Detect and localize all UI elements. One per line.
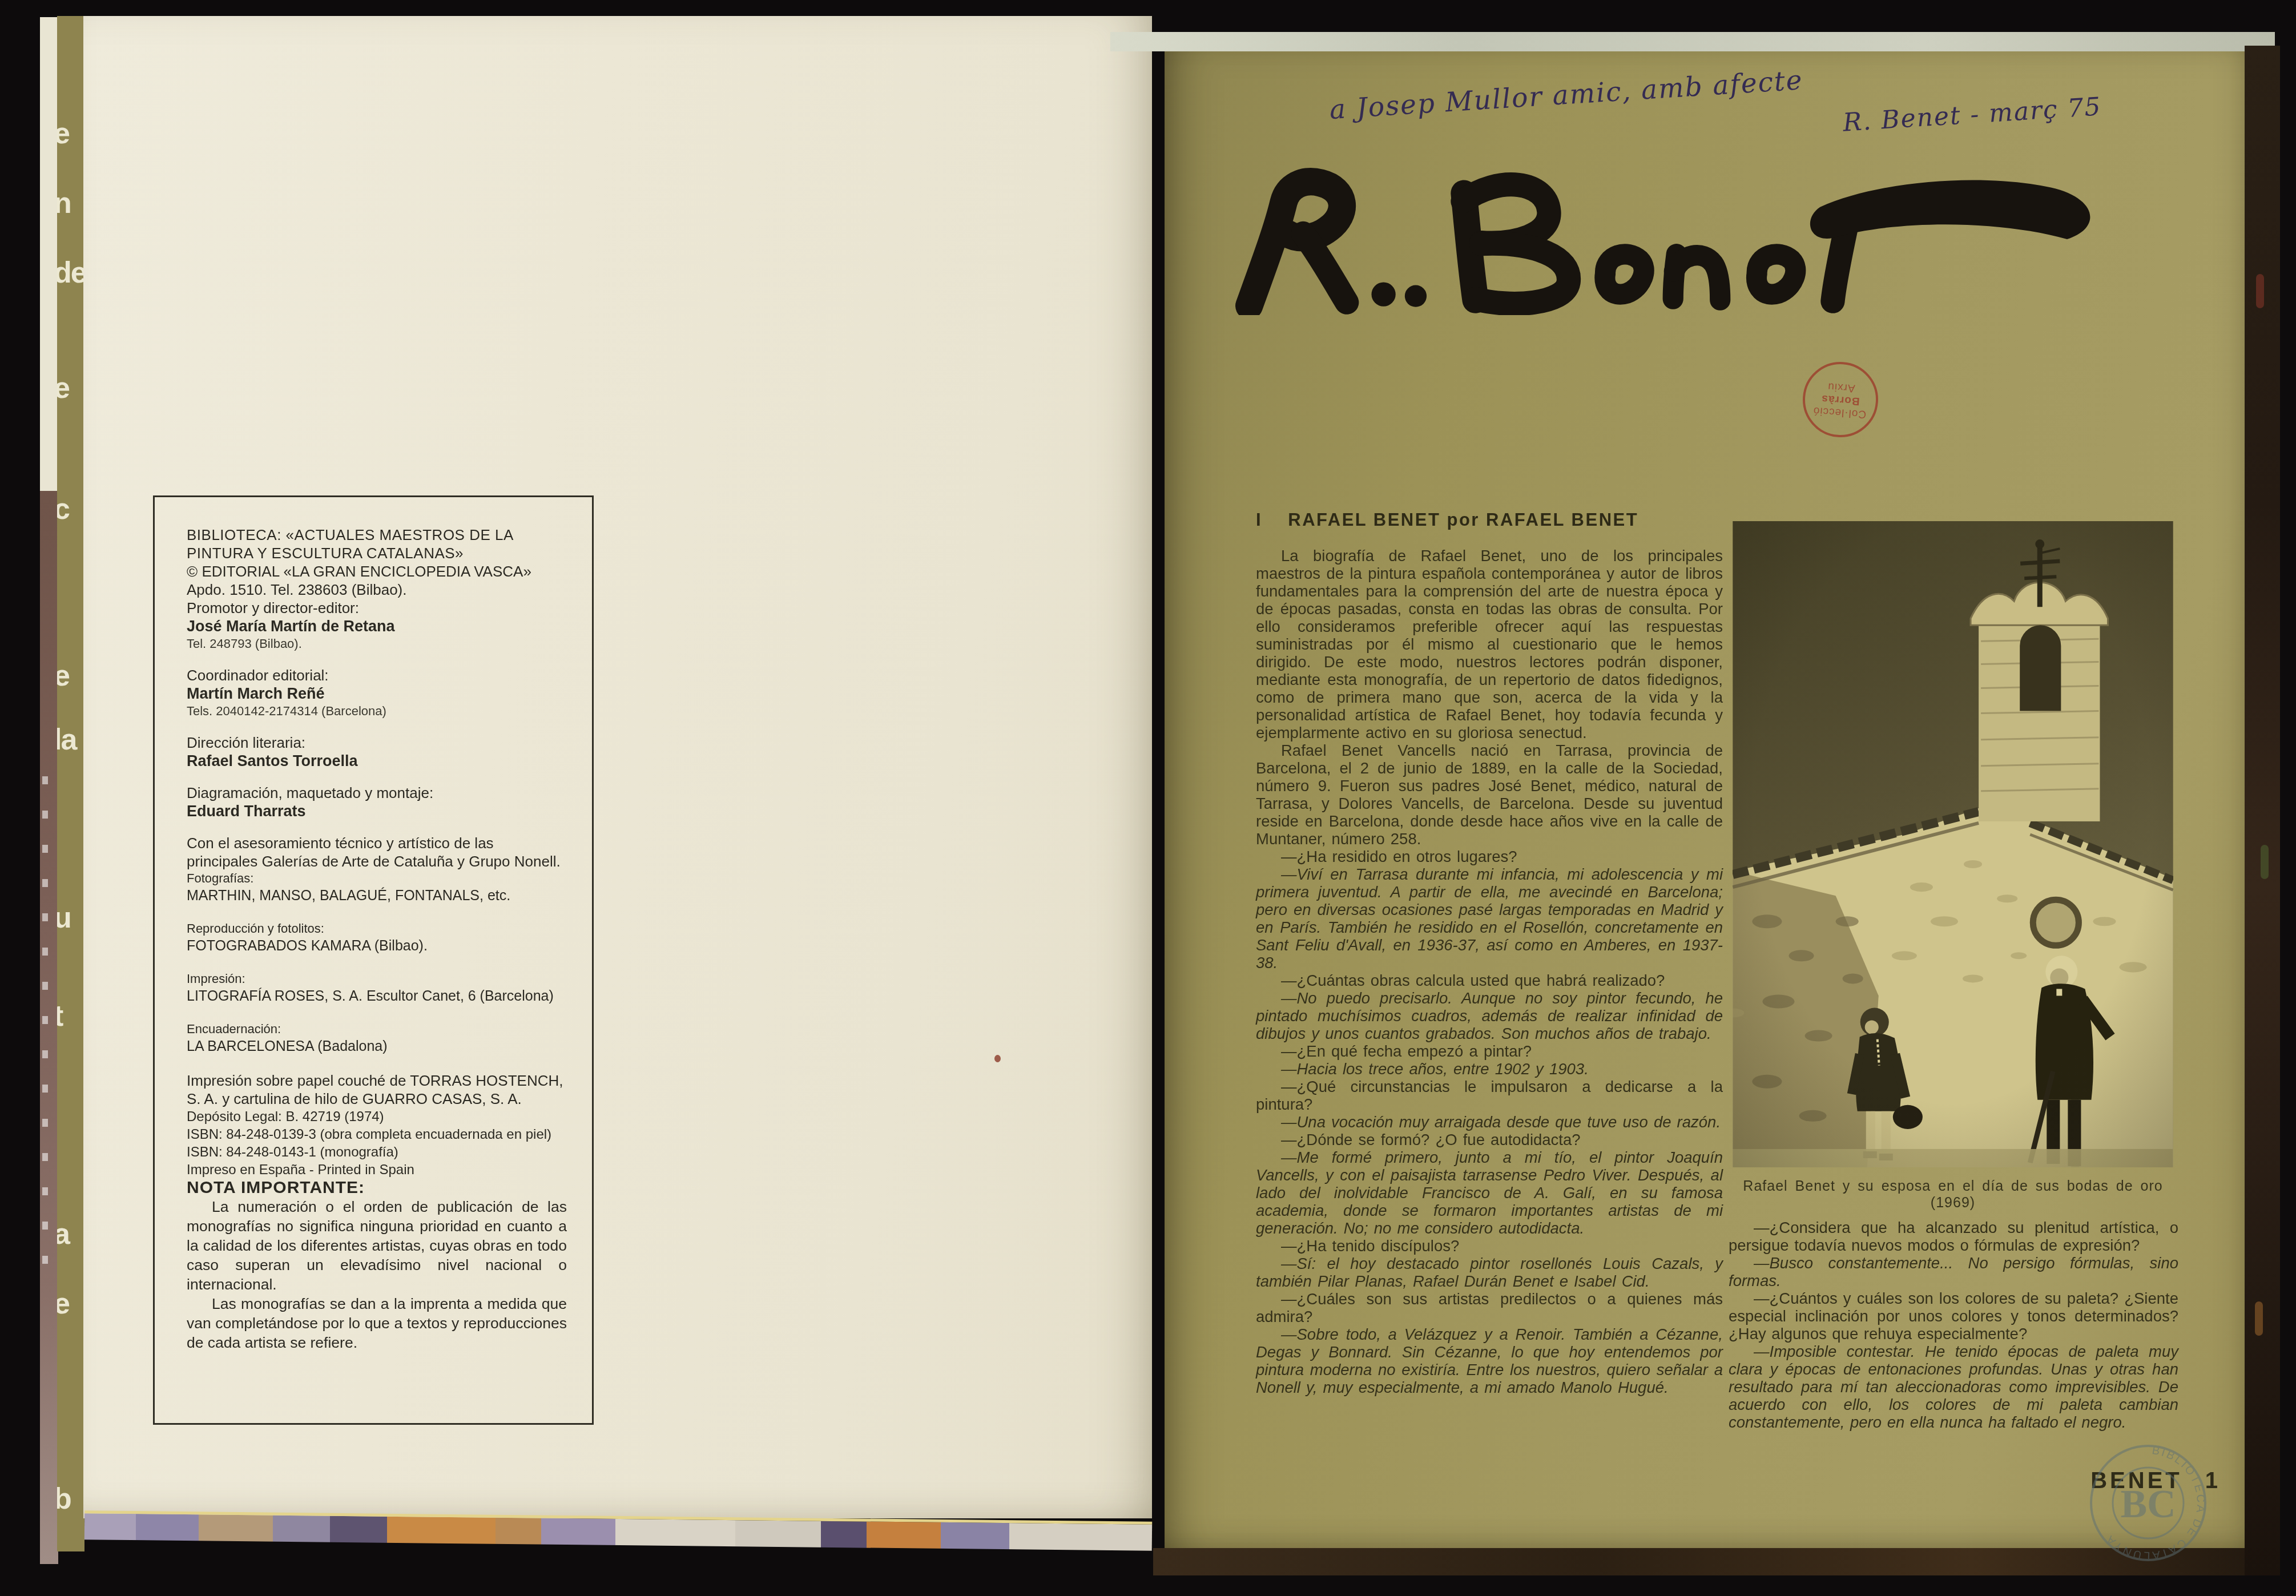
credit-role: Diagramación, maquetado y montaje: Eduar…	[187, 784, 567, 820]
credit-block: Fotografías: MARTHIN, MANSO, BALAGUÉ, FO…	[187, 870, 567, 905]
credit-label: Impresión:	[187, 971, 567, 987]
cover-spine-letters: e n de e c e la u t a e b	[57, 16, 84, 1551]
credit-label: Encuadernación:	[187, 1021, 567, 1037]
role-name: Eduard Tharrats	[187, 802, 567, 820]
spine-letter: n	[57, 188, 84, 218]
answer: —Sobre todo, a Velázquez y a Renoir. Tam…	[1256, 1325, 1723, 1396]
question: —¿Cuántas obras calcula usted que habrá …	[1256, 972, 1723, 989]
paper-note: Impresión sobre papel couché de TORRAS H…	[187, 1071, 563, 1108]
credit-role: Dirección literaria: Rafael Santos Torro…	[187, 733, 567, 770]
fore-edge-bottom-right	[1153, 1548, 2245, 1575]
spine-letter: de	[57, 258, 84, 288]
book-spread-scan: e n de e c e la u t a e b BIBLIOTECA: «A…	[0, 0, 2296, 1596]
credit-label: Reproducción y fotolitos:	[187, 921, 567, 937]
credit-value: LA BARCELONESA (Badalona)	[187, 1037, 567, 1055]
credit-value: FOTOGRABADOS KAMARA (Bilbao).	[187, 937, 567, 955]
spine-letter: e	[57, 1289, 84, 1319]
role-label: Coordinador editorial:	[187, 666, 567, 684]
stamp-line: Arxiu	[1827, 380, 1856, 394]
question: —¿Cuántos y cuáles son los colores de su…	[1729, 1289, 2178, 1343]
spine-letter: u	[57, 903, 84, 933]
legal-block: Depósito Legal: B. 42719 (1974) ISBN: 84…	[187, 1108, 567, 1179]
interview-column-2: —¿Considera que ha alcanzado su plenitud…	[1729, 1219, 2178, 1431]
important-note-title: NOTA IMPORTANTE:	[187, 1179, 567, 1197]
chapter-number: I	[1256, 510, 1262, 530]
question: —¿Ha tenido discípulos?	[1256, 1237, 1723, 1255]
spine-letter: c	[57, 494, 84, 524]
role-label: Diagramación, maquetado y montaje:	[187, 784, 567, 802]
answer: —Busco constantemente... No persigo fórm…	[1729, 1254, 2178, 1289]
role-name: José María Martín de Retana	[187, 617, 567, 635]
answer: —Me formé primero, junto a mi tío, el pi…	[1256, 1148, 1723, 1237]
chapter-title: RAFAEL BENET por RAFAEL BENET	[1288, 510, 1638, 530]
spine-letter: la	[57, 725, 84, 755]
question: —¿Dónde se formó? ¿O fue autodidacta?	[1256, 1131, 1723, 1148]
question: —¿Ha residido en otros lugares?	[1256, 848, 1723, 865]
benet-brush-signature-image	[1233, 155, 2164, 315]
publisher-address: Apdo. 1510. Tel. 238603 (Bilbao).	[187, 581, 567, 599]
fore-edge-right	[2245, 46, 2280, 1575]
advisory-note: Con el asesoramiento técnico y artístico…	[187, 834, 563, 870]
wedding-anniversary-photo	[1733, 521, 2173, 1167]
ink-speck	[994, 1055, 1001, 1062]
paragraph: Rafael Benet Vancells nació en Tarrasa, …	[1256, 741, 1723, 848]
library-stamp: BIBLIOTECA DE CATALUNYA BC	[2082, 1437, 2214, 1569]
credit-role: Coordinador editorial: Martín March Reñé…	[187, 666, 567, 720]
library-stamp-monogram: BC	[2120, 1482, 2176, 1526]
credit-label: Fotografías:	[187, 870, 567, 886]
copyright-line: © EDITORIAL «LA GRAN ENCICLOPEDIA VASCA»	[187, 562, 567, 581]
spine-letter: e	[57, 119, 84, 148]
answer: —Viví en Tarrasa durante mi infancia, mi…	[1256, 865, 1723, 972]
isbn-complete: ISBN: 84-248-0139-3 (obra completa encua…	[187, 1126, 567, 1143]
credit-role: Promotor y director-editor: José María M…	[187, 599, 567, 652]
question: —¿Qué circunstancias le impulsaron a ded…	[1256, 1078, 1723, 1113]
photo-caption: Rafael Benet y su esposa en el día de su…	[1729, 1178, 2177, 1211]
spine-letter: t	[57, 1001, 84, 1031]
note-paragraph: Las monografías se dan a la imprenta a m…	[187, 1294, 567, 1352]
answer: —Una vocación muy arraigada desde que tu…	[1256, 1113, 1723, 1131]
role-label: Promotor y director-editor:	[187, 599, 567, 617]
printed-in-spain: Impreso en España - Printed in Spain	[187, 1161, 567, 1179]
credit-value: LITOGRAFÍA ROSES, S. A. Escultor Canet, …	[187, 987, 567, 1005]
deposito-legal: Depósito Legal: B. 42719 (1974)	[187, 1108, 567, 1126]
credit-block: Reproducción y fotolitos: FOTOGRABADOS K…	[187, 921, 567, 955]
series-title: BIBLIOTECA: «ACTUALES MAESTROS DE LA PIN…	[187, 526, 552, 562]
page-edge-strip	[40, 17, 57, 491]
role-name: Martín March Reñé	[187, 684, 567, 703]
interview-column-1: La biografía de Rafael Benet, uno de los…	[1256, 547, 1723, 1396]
role-name: Rafael Santos Torroella	[187, 752, 567, 770]
question: —¿Considera que ha alcanzado su plenitud…	[1729, 1219, 2178, 1254]
paragraph: La biografía de Rafael Benet, uno de los…	[1256, 547, 1723, 741]
isbn-monograph: ISBN: 84-248-0143-1 (monografía)	[187, 1143, 567, 1161]
role-label: Dirección literaria:	[187, 733, 567, 752]
note-paragraph: La numeración o el orden de publicación …	[187, 1197, 567, 1294]
answer: —Sí: el hoy destacado pintor rosellonés …	[1256, 1255, 1723, 1290]
role-note: Tel. 248793 (Bilbao).	[187, 635, 567, 652]
credit-block: Impresión: LITOGRAFÍA ROSES, S. A. Escul…	[187, 971, 567, 1005]
spine-letter: e	[57, 661, 84, 691]
role-note: Tels. 2040142-2174314 (Barcelona)	[187, 703, 567, 720]
spine-letter: e	[57, 373, 84, 403]
spine-letter: a	[57, 1219, 84, 1249]
tape-glints	[42, 776, 48, 1290]
question: —¿En qué fecha empezó a pintar?	[1256, 1042, 1723, 1060]
answer: —No puedo precisarlo. Aunque no soy pint…	[1256, 989, 1723, 1042]
credit-block: Encuadernación: LA BARCELONESA (Badalona…	[187, 1021, 567, 1055]
credit-value: MARTHIN, MANSO, BALAGUÉ, FONTANALS, etc.	[187, 886, 567, 905]
important-note-body: La numeración o el orden de publicación …	[187, 1197, 567, 1352]
answer: —Imposible contestar. He tenido épocas d…	[1729, 1343, 2178, 1431]
answer: —Hacia los trece años, entre 1902 y 1903…	[1256, 1060, 1723, 1078]
spine-letter: b	[57, 1484, 84, 1514]
chapter-heading: I RAFAEL BENET por RAFAEL BENET	[1256, 510, 1638, 530]
question: —¿Cuáles son sus artistas predilectos o …	[1256, 1290, 1723, 1325]
colophon-box: BIBLIOTECA: «ACTUALES MAESTROS DE LA PIN…	[153, 495, 594, 1425]
